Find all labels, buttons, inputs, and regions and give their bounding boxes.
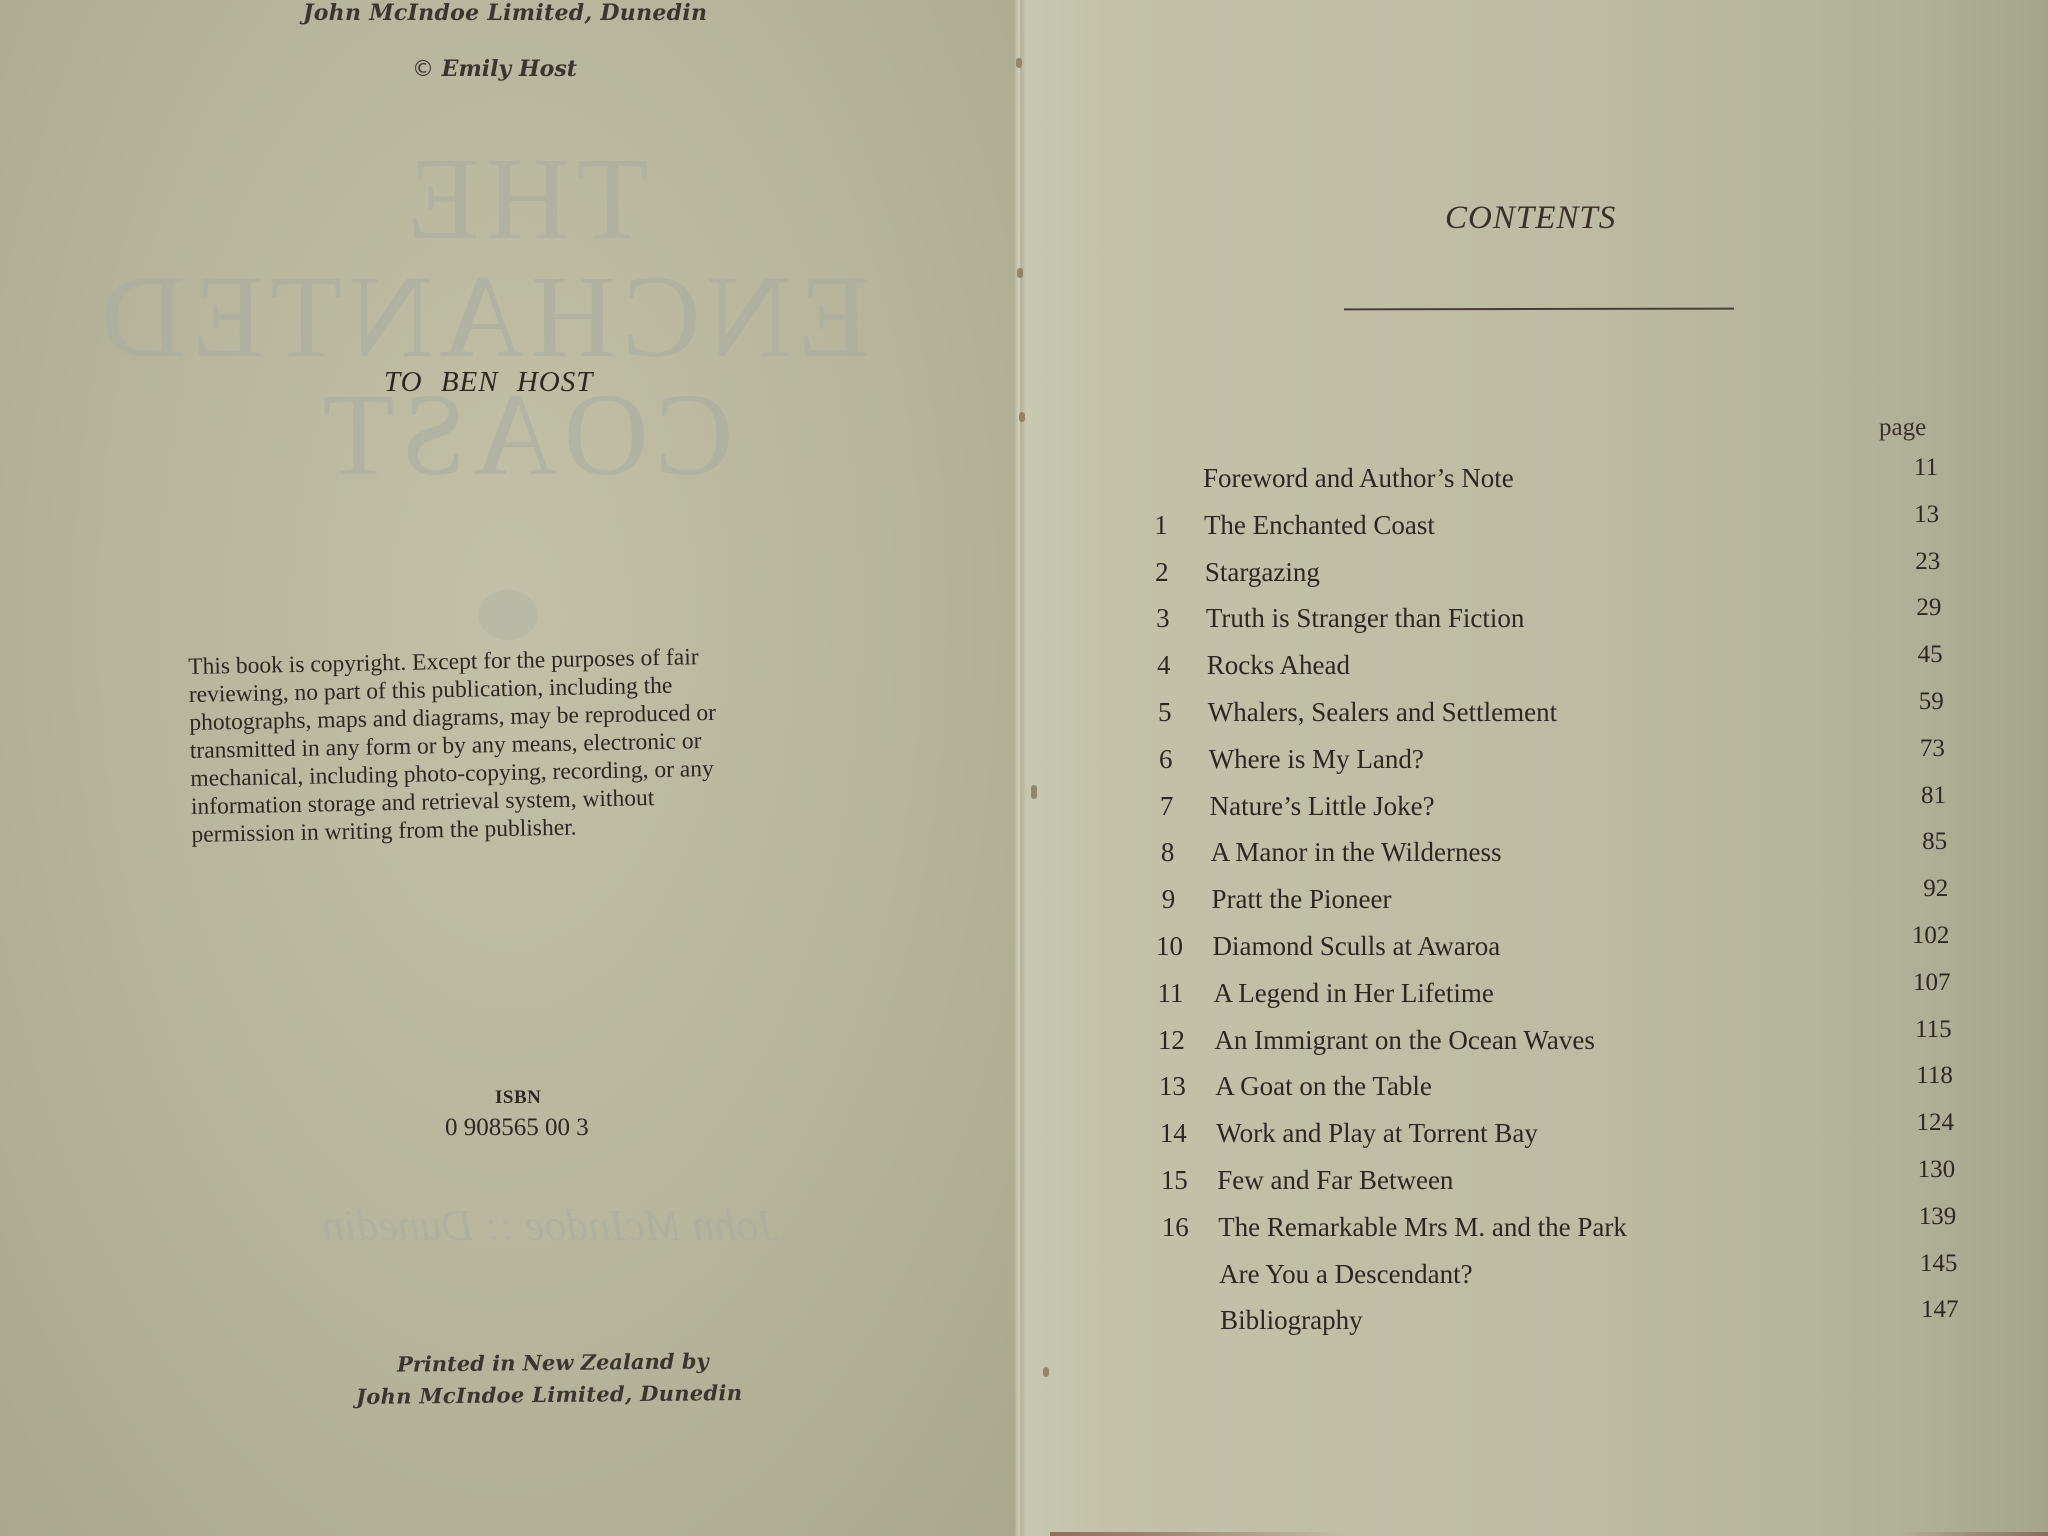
- toc-chapter-number: 12: [1151, 1020, 1191, 1060]
- toc-chapter-number: 14: [1153, 1113, 1193, 1153]
- toc-chapter-number: 1: [1141, 505, 1181, 545]
- toc-chapter-title: Bibliography: [1220, 1300, 1363, 1340]
- toc-page-number: 124: [1884, 1103, 1954, 1143]
- bleed-through-line: ENCHANTED: [180, 258, 870, 376]
- toc-page-number: 118: [1883, 1056, 1953, 1096]
- toc-chapter-title: Pratt the Pioneer: [1212, 879, 1392, 919]
- toc-chapter-title: The Enchanted Coast: [1204, 505, 1435, 545]
- publisher-top-line: John McIndoe Limited, Dunedin: [303, 0, 707, 26]
- toc-page-number: 139: [1886, 1197, 1956, 1237]
- toc-chapter-title: The Remarkable Mrs M. and the Park: [1218, 1207, 1627, 1247]
- toc-chapter-number: 16: [1155, 1207, 1195, 1247]
- page-bottom-edge: [1050, 1532, 2048, 1536]
- toc-page-number: 102: [1879, 916, 1949, 956]
- dedication-word: TO: [384, 366, 423, 398]
- binding-stitch-mark: [1043, 1367, 1049, 1377]
- toc-page-number: 85: [1877, 822, 1947, 862]
- toc-entry[interactable]: 5Whalers, Sealers and Settlement59: [1145, 692, 1965, 732]
- toc-chapter-title: Nature’s Little Joke?: [1210, 786, 1435, 826]
- toc-chapter-number: 2: [1142, 552, 1182, 592]
- toc-chapter-title: Where is My Land?: [1209, 739, 1424, 779]
- toc-chapter-number: 5: [1145, 692, 1185, 732]
- bleed-through-ornament: [478, 590, 538, 640]
- toc-chapter-number: 7: [1147, 786, 1187, 826]
- toc-page-number: 45: [1873, 635, 1943, 675]
- binding-stitch-mark: [1019, 412, 1025, 422]
- binding-stitch-mark: [1031, 785, 1037, 799]
- toc-chapter-title: Diamond Sculls at Awaroa: [1213, 926, 1501, 966]
- toc-entry[interactable]: 15Few and Far Between130: [1154, 1160, 1974, 1200]
- printer-line: John McIndoe Limited, Dunedin: [356, 1380, 743, 1409]
- toc-entry[interactable]: 12An Immigrant on the Ocean Waves115: [1151, 1020, 1971, 1060]
- toc-chapter-title: Few and Far Between: [1217, 1160, 1453, 1200]
- toc-entry[interactable]: Foreword and Author’s Note11: [1140, 458, 1960, 498]
- bleed-through-footer: John McIndoe :: Dunedin: [270, 1200, 830, 1251]
- toc-page-number: 23: [1870, 542, 1940, 582]
- binding-stitch-mark: [1016, 58, 1022, 68]
- toc-chapter-title: Stargazing: [1205, 552, 1320, 592]
- bleed-through-line: THE: [180, 140, 870, 258]
- toc-chapter-number: 4: [1144, 645, 1184, 685]
- toc-entry[interactable]: 11A Legend in Her Lifetime107: [1150, 973, 1970, 1013]
- bleed-through-title: THE ENCHANTED COAST: [180, 140, 870, 494]
- toc-chapter-title: A Legend in Her Lifetime: [1213, 973, 1493, 1013]
- toc-entry[interactable]: 3Truth is Stranger than Fiction29: [1143, 598, 1963, 638]
- copyright-line: © Emily Host: [412, 56, 577, 82]
- toc-entry[interactable]: 8A Manor in the Wilderness85: [1148, 832, 1968, 872]
- book-gutter: [1014, 0, 1026, 1536]
- isbn-number: 0 908565 00 3: [445, 1114, 589, 1142]
- toc-chapter-number: 15: [1154, 1160, 1194, 1200]
- dedication-word: HOST: [517, 366, 594, 398]
- toc-entry[interactable]: 2Stargazing23: [1142, 552, 1962, 592]
- toc-page-number: 11: [1868, 448, 1938, 488]
- isbn-label: ISBN: [495, 1087, 541, 1109]
- toc-entry[interactable]: 10Diamond Sculls at Awaroa102: [1150, 926, 1970, 966]
- toc-entry[interactable]: 6Where is My Land?73: [1146, 739, 1966, 779]
- toc-chapter-title: Work and Play at Torrent Bay: [1216, 1113, 1538, 1153]
- toc-chapter-number: 11: [1150, 973, 1190, 1013]
- toc-entry[interactable]: 9Pratt the Pioneer92: [1149, 879, 1969, 919]
- printed-in-line: Printed in New Zealand by: [397, 1348, 709, 1376]
- toc-page-number: 13: [1869, 495, 1939, 535]
- toc-chapter-title: An Immigrant on the Ocean Waves: [1214, 1020, 1594, 1060]
- toc-chapter-number: 9: [1149, 879, 1189, 919]
- toc-page-number: 59: [1874, 682, 1944, 722]
- toc-chapter-title: A Manor in the Wilderness: [1211, 832, 1502, 872]
- binding-stitch-mark: [1017, 268, 1023, 278]
- toc-chapter-title: Rocks Ahead: [1207, 645, 1350, 685]
- toc-chapter-number: 8: [1148, 832, 1188, 872]
- toc-chapter-title: Foreword and Author’s Note: [1203, 458, 1514, 498]
- dedication: TO BEN HOST: [384, 366, 593, 399]
- toc-entry[interactable]: 4Rocks Ahead45: [1144, 645, 1964, 685]
- toc-page-number: 145: [1887, 1244, 1957, 1284]
- toc-chapter-number: 6: [1146, 739, 1186, 779]
- toc-page-number: 73: [1875, 729, 1945, 769]
- toc-chapter-title: Are You a Descendant?: [1219, 1254, 1472, 1294]
- dedication-word: BEN: [441, 366, 499, 398]
- copyright-holder: Emily Host: [442, 56, 577, 82]
- toc-entry[interactable]: Are You a Descendant?145: [1156, 1254, 1976, 1294]
- toc-page-number: 92: [1878, 869, 1948, 909]
- toc-chapter-title: Truth is Stranger than Fiction: [1206, 598, 1525, 638]
- toc-page-number: 147: [1889, 1290, 1959, 1330]
- toc-entry[interactable]: 14Work and Play at Torrent Bay124: [1153, 1113, 1973, 1153]
- toc-chapter-number: 13: [1152, 1066, 1192, 1106]
- toc-entry[interactable]: 16The Remarkable Mrs M. and the Park139: [1155, 1207, 1975, 1247]
- toc-page-number: 29: [1871, 588, 1941, 628]
- left-page-imprint: THE ENCHANTED COAST John McIndoe :: Dune…: [0, 0, 1020, 1536]
- toc-page-number: 115: [1882, 1010, 1952, 1050]
- table-of-contents: Foreword and Author’s Note111The Enchant…: [1140, 0, 1960, 1536]
- toc-entry[interactable]: 7Nature’s Little Joke?81: [1147, 786, 1967, 826]
- toc-chapter-title: Whalers, Sealers and Settlement: [1208, 692, 1557, 732]
- toc-page-number: 107: [1881, 963, 1951, 1003]
- copyright-notice: This book is copyright. Except for the p…: [188, 640, 852, 849]
- toc-page-number: 130: [1885, 1150, 1955, 1190]
- copyright-symbol-icon: ©: [412, 57, 434, 82]
- toc-page-number: 81: [1876, 776, 1946, 816]
- toc-entry[interactable]: 13A Goat on the Table118: [1152, 1066, 1972, 1106]
- toc-entry[interactable]: Bibliography147: [1157, 1300, 1977, 1340]
- toc-chapter-number: 10: [1150, 926, 1190, 966]
- toc-chapter-number: 3: [1143, 598, 1183, 638]
- toc-chapter-title: A Goat on the Table: [1215, 1066, 1432, 1106]
- toc-entry[interactable]: 1The Enchanted Coast13: [1141, 505, 1961, 545]
